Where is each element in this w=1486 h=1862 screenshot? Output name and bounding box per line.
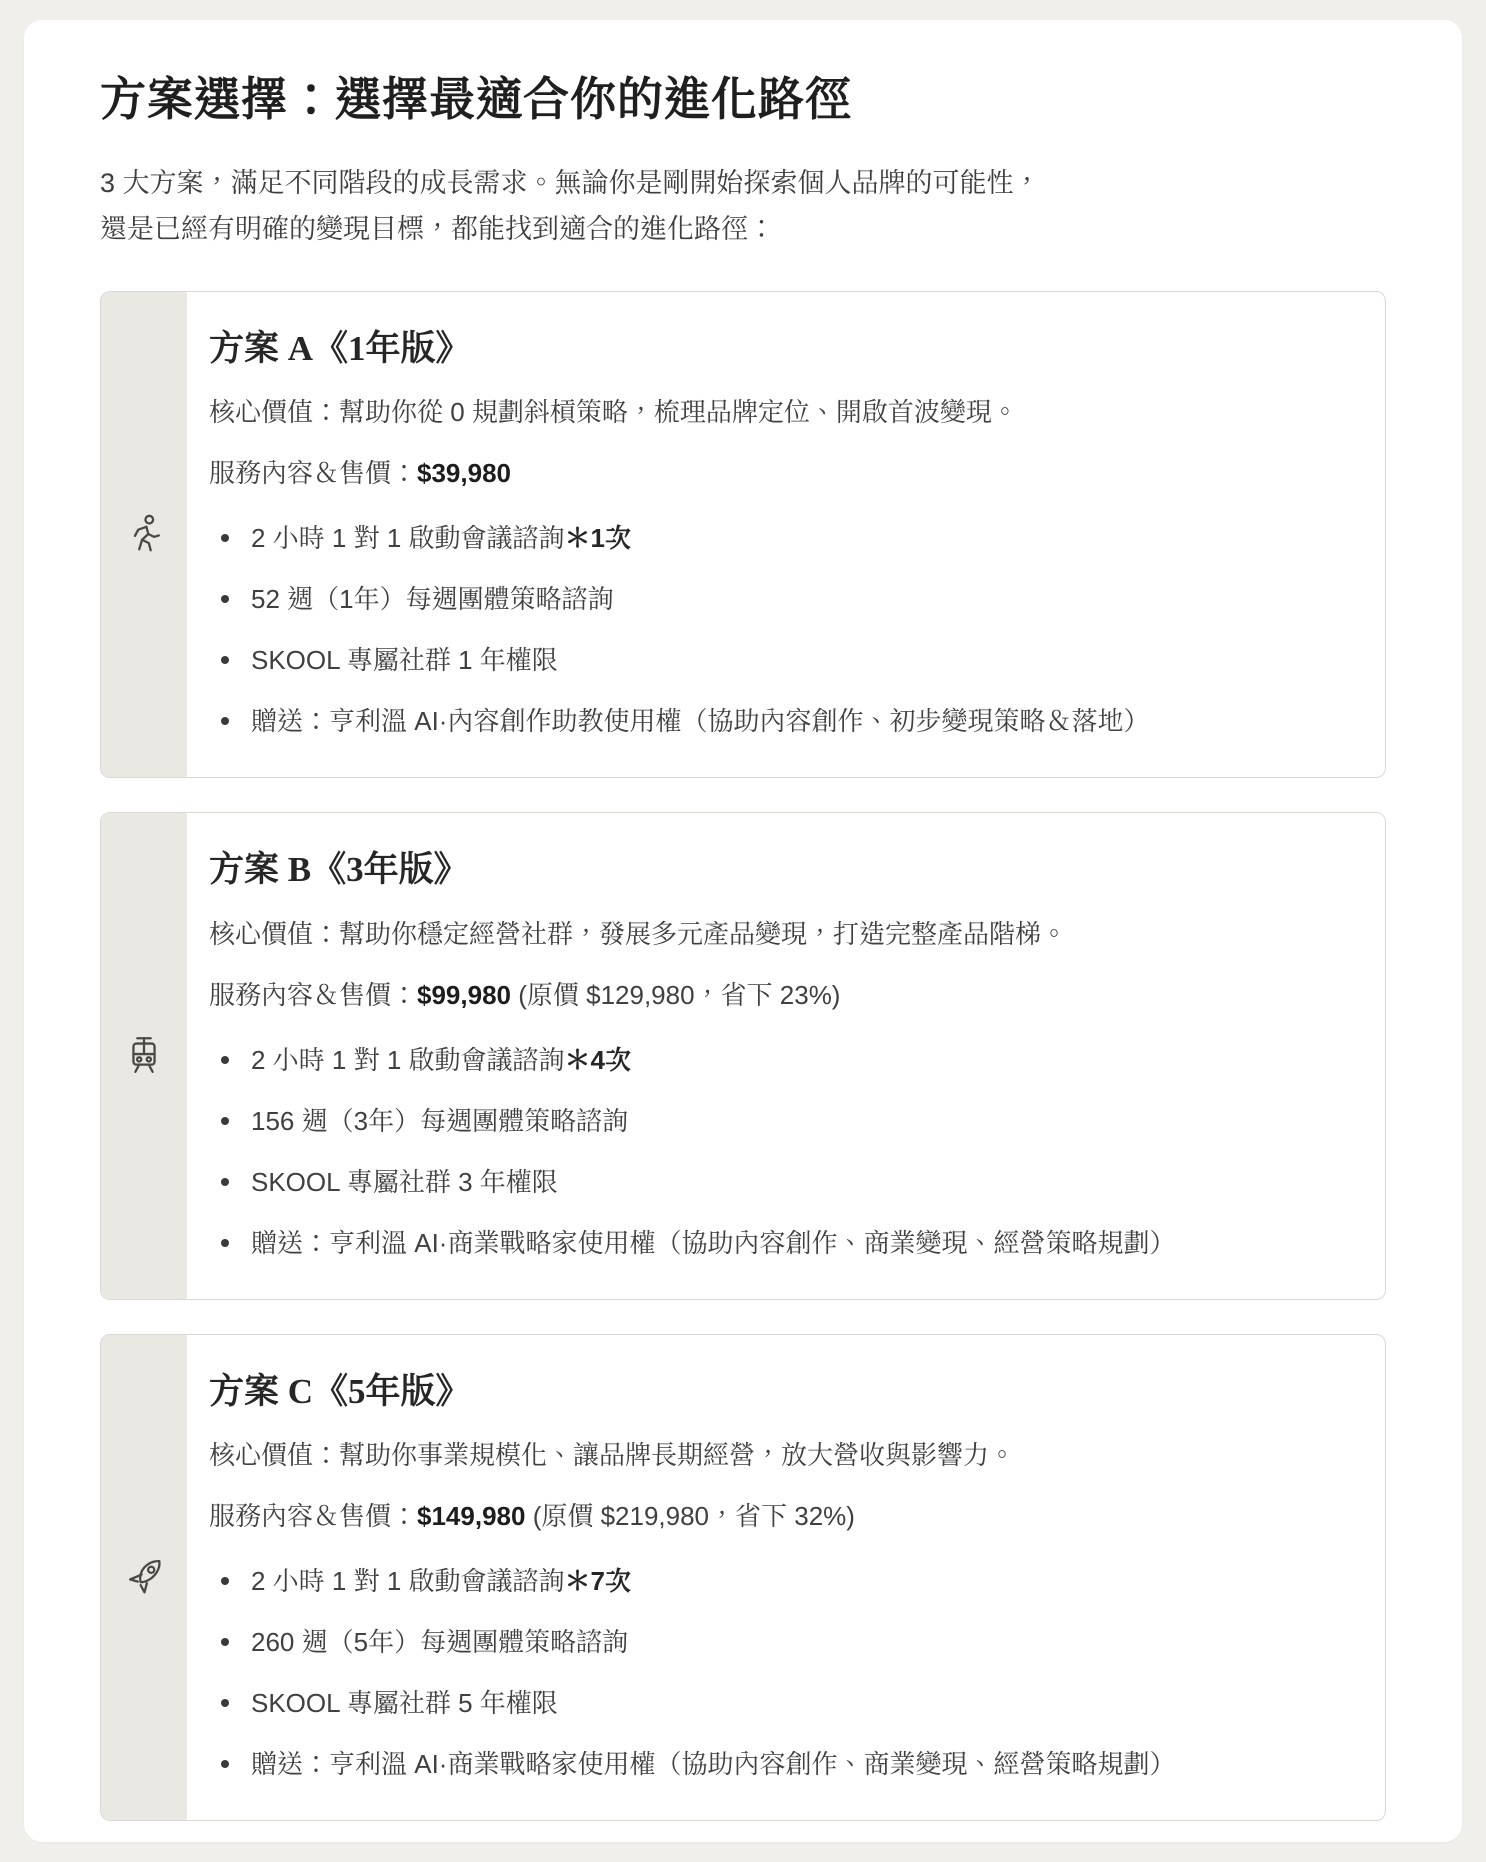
feature-item: 贈送：亨利溫 AI·內容創作助教使用權（協助內容創作、初步變現策略＆落地）	[209, 702, 1339, 741]
plan-c-price-note: (原價 $219,980，省下 32%)	[525, 1501, 854, 1531]
intro-line-1: 3 大方案，滿足不同階段的成長需求。無論你是剛開始探索個人品牌的可能性，	[100, 160, 1386, 206]
plan-b-price: $99,980	[417, 980, 511, 1010]
intro-line-2: 還是已經有明確的變現目標，都能找到適合的進化路徑：	[100, 206, 1386, 252]
feature-text: 贈送：亨利溫 AI·內容創作助教使用權（協助內容創作、初步變現策略＆落地）	[251, 706, 1149, 736]
plan-c-feature-list: 2 小時 1 對 1 啟動會議諮詢＊7次 260 週（5年）每週團體策略諮詢 S…	[209, 1562, 1339, 1784]
plan-card-c: 方案 C《5年版》 核心價值：幫助你事業規模化、讓品牌長期經營，放大營收與影響力…	[100, 1334, 1386, 1822]
plan-a-title: 方案 A《1年版》	[209, 326, 1339, 372]
feature-text: 156 週（3年）每週團體策略諮詢	[251, 1106, 628, 1136]
feature-item: 贈送：亨利溫 AI·商業戰略家使用權（協助內容創作、商業變現、經營策略規劃）	[209, 1745, 1339, 1784]
plan-a-icon-strip	[101, 292, 187, 778]
plan-card-b: 方案 B《3年版》 核心價值：幫助你穩定經營社群，發展多元產品變現，打造完整產品…	[100, 812, 1386, 1300]
feature-bold-suffix: ＊4次	[565, 1045, 631, 1075]
feature-item: SKOOL 專屬社群 5 年權限	[209, 1684, 1339, 1723]
tram-icon	[121, 1033, 167, 1079]
intro-paragraph: 3 大方案，滿足不同階段的成長需求。無論你是剛開始探索個人品牌的可能性， 還是已…	[100, 160, 1386, 253]
plan-b-icon-strip	[101, 813, 187, 1299]
content-container: 方案選擇：選擇最適合你的進化路徑 3 大方案，滿足不同階段的成長需求。無論你是剛…	[24, 20, 1462, 1842]
plan-b-title: 方案 B《3年版》	[209, 847, 1339, 893]
feature-bold-suffix: ＊7次	[565, 1566, 631, 1596]
feature-bold-suffix: ＊1次	[565, 523, 631, 553]
feature-text: SKOOL 專屬社群 1 年權限	[251, 645, 558, 675]
plan-c-core-value: 核心價值：幫助你事業規模化、讓品牌長期經營，放大營收與影響力。	[209, 1436, 1339, 1475]
plan-b-feature-list: 2 小時 1 對 1 啟動會議諮詢＊4次 156 週（3年）每週團體策略諮詢 S…	[209, 1041, 1339, 1263]
feature-text: 260 週（5年）每週團體策略諮詢	[251, 1627, 628, 1657]
page-title: 方案選擇：選擇最適合你的進化路徑	[100, 70, 1386, 130]
plan-b-price-line: 服務內容＆售價：$99,980 (原價 $129,980，省下 23%)	[209, 976, 1339, 1015]
plan-a-feature-list: 2 小時 1 對 1 啟動會議諮詢＊1次 52 週（1年）每週團體策略諮詢 SK…	[209, 519, 1339, 741]
plan-b-body: 方案 B《3年版》 核心價值：幫助你穩定經營社群，發展多元產品變現，打造完整產品…	[187, 813, 1385, 1299]
plan-a-price-line: 服務內容＆售價：$39,980	[209, 454, 1339, 493]
feature-text: 贈送：亨利溫 AI·商業戰略家使用權（協助內容創作、商業變現、經營策略規劃）	[251, 1228, 1175, 1258]
plan-c-title: 方案 C《5年版》	[209, 1369, 1339, 1415]
plan-b-core-value: 核心價值：幫助你穩定經營社群，發展多元產品變現，打造完整產品階梯。	[209, 915, 1339, 954]
feature-text: 2 小時 1 對 1 啟動會議諮詢	[251, 523, 565, 553]
feature-item: 260 週（5年）每週團體策略諮詢	[209, 1623, 1339, 1662]
plan-c-price-label: 服務內容＆售價：	[209, 1501, 417, 1531]
feature-text: SKOOL 專屬社群 3 年權限	[251, 1167, 558, 1197]
plan-a-core-value: 核心價值：幫助你從 0 規劃斜槓策略，梳理品牌定位、開啟首波變現。	[209, 393, 1339, 432]
feature-item: 2 小時 1 對 1 啟動會議諮詢＊1次	[209, 519, 1339, 558]
feature-item: SKOOL 專屬社群 1 年權限	[209, 641, 1339, 680]
feature-text: 贈送：亨利溫 AI·商業戰略家使用權（協助內容創作、商業變現、經營策略規劃）	[251, 1749, 1175, 1779]
plan-c-body: 方案 C《5年版》 核心價值：幫助你事業規模化、讓品牌長期經營，放大營收與影響力…	[187, 1335, 1385, 1821]
plan-card-a: 方案 A《1年版》 核心價值：幫助你從 0 規劃斜槓策略，梳理品牌定位、開啟首波…	[100, 291, 1386, 779]
plan-a-price-label: 服務內容＆售價：	[209, 458, 417, 488]
feature-item: 2 小時 1 對 1 啟動會議諮詢＊4次	[209, 1041, 1339, 1080]
runner-icon	[121, 511, 167, 557]
feature-text: 52 週（1年）每週團體策略諮詢	[251, 584, 614, 614]
plan-c-price-line: 服務內容＆售價：$149,980 (原價 $219,980，省下 32%)	[209, 1497, 1339, 1536]
plan-b-price-note: (原價 $129,980，省下 23%)	[511, 980, 840, 1010]
feature-item: 52 週（1年）每週團體策略諮詢	[209, 580, 1339, 619]
feature-text: SKOOL 專屬社群 5 年權限	[251, 1688, 558, 1718]
plan-c-price: $149,980	[417, 1501, 525, 1531]
feature-text: 2 小時 1 對 1 啟動會議諮詢	[251, 1566, 565, 1596]
feature-item: 156 週（3年）每週團體策略諮詢	[209, 1102, 1339, 1141]
plan-b-price-label: 服務內容＆售價：	[209, 980, 417, 1010]
plan-c-icon-strip	[101, 1335, 187, 1821]
feature-item: 2 小時 1 對 1 啟動會議諮詢＊7次	[209, 1562, 1339, 1601]
rocket-icon	[121, 1554, 167, 1600]
feature-item: 贈送：亨利溫 AI·商業戰略家使用權（協助內容創作、商業變現、經營策略規劃）	[209, 1224, 1339, 1263]
plan-a-body: 方案 A《1年版》 核心價值：幫助你從 0 規劃斜槓策略，梳理品牌定位、開啟首波…	[187, 292, 1385, 778]
plan-a-price: $39,980	[417, 458, 511, 488]
feature-item: SKOOL 專屬社群 3 年權限	[209, 1163, 1339, 1202]
feature-text: 2 小時 1 對 1 啟動會議諮詢	[251, 1045, 565, 1075]
